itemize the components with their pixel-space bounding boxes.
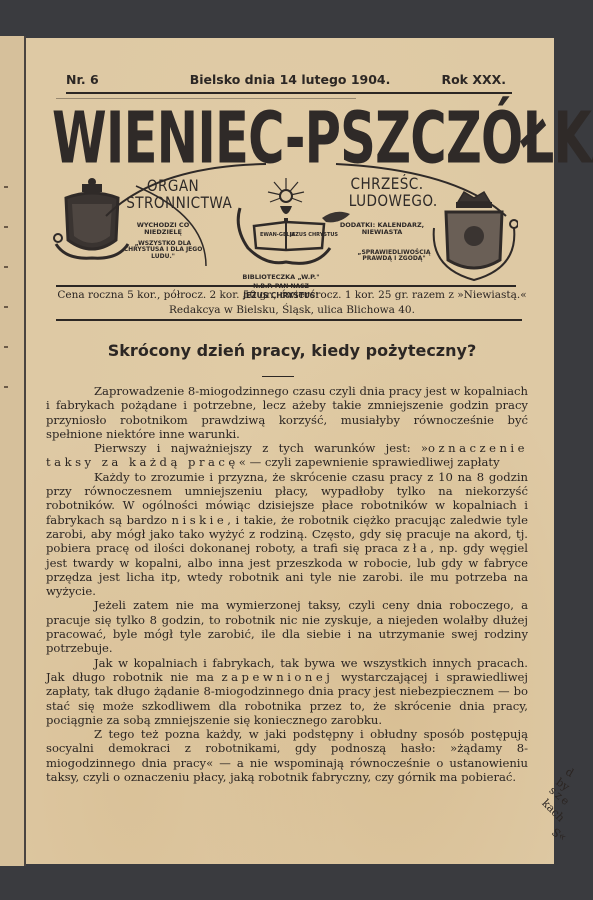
dateline: Bielsko dnia 14 lutego 1904. [190, 72, 391, 87]
issue-number: Nr. 6 [66, 72, 99, 87]
masthead-library: BIBLIOTECZKA „W.P." [236, 274, 326, 281]
masthead-motto-left: „WSZYSTKO DLA CHRYSTUSA I DLA JEGO LUDU.… [118, 241, 208, 260]
article-title: Skrócony dzień pracy, kiedy pożyteczny? [56, 341, 528, 360]
paragraph: Każdy to zrozumie i przyzna, że skróceni… [46, 470, 528, 599]
volume-number: Rok XXX. [441, 72, 506, 87]
price-rule-bottom [56, 319, 522, 321]
paragraph: Jeżeli zatem nie ma wymierzonej taksy, c… [46, 598, 528, 655]
newspaper-page: Nr. 6 Bielsko dnia 14 lutego 1904. Rok X… [26, 38, 554, 864]
adjacent-page-edge [0, 36, 26, 866]
paragraph: Pierwszy i najważniejszy z tych warunków… [46, 441, 528, 470]
header-rule [66, 92, 512, 94]
paragraph: Zaprowadzenie 8-miogodzinnego czasu czyl… [46, 384, 528, 441]
masthead-organ: ORGAN STRONNICTWA [126, 178, 220, 212]
subscription-info: Cena roczna 5 kor., półrocz. 2 kor. 50 g… [56, 288, 528, 318]
article-body: Zaprowadzenie 8-miogodzinnego czasu czyl… [46, 384, 528, 784]
editorial-address: Redakcya w Bielsku, Śląsk, ulica Blichow… [56, 303, 528, 318]
price-line: Cena roczna 5 kor., półrocz. 2 kor. 50 g… [56, 288, 528, 303]
masthead-frequency: WYCHODZI CO NIEDZIELĘ [118, 222, 208, 236]
margin-fragment: d by sze kach »S [544, 766, 584, 866]
paragraph: Jak w kopalniach i fabrykach, tak bywa w… [46, 656, 528, 727]
issue-header: Nr. 6 Bielsko dnia 14 lutego 1904. Rok X… [66, 72, 506, 87]
coat-of-arms-right-icon [430, 188, 518, 284]
title-divider [262, 376, 294, 377]
paragraph: Z tego też pozna każdy, w jaki podstępny… [46, 727, 528, 784]
price-rule-top [56, 285, 516, 287]
